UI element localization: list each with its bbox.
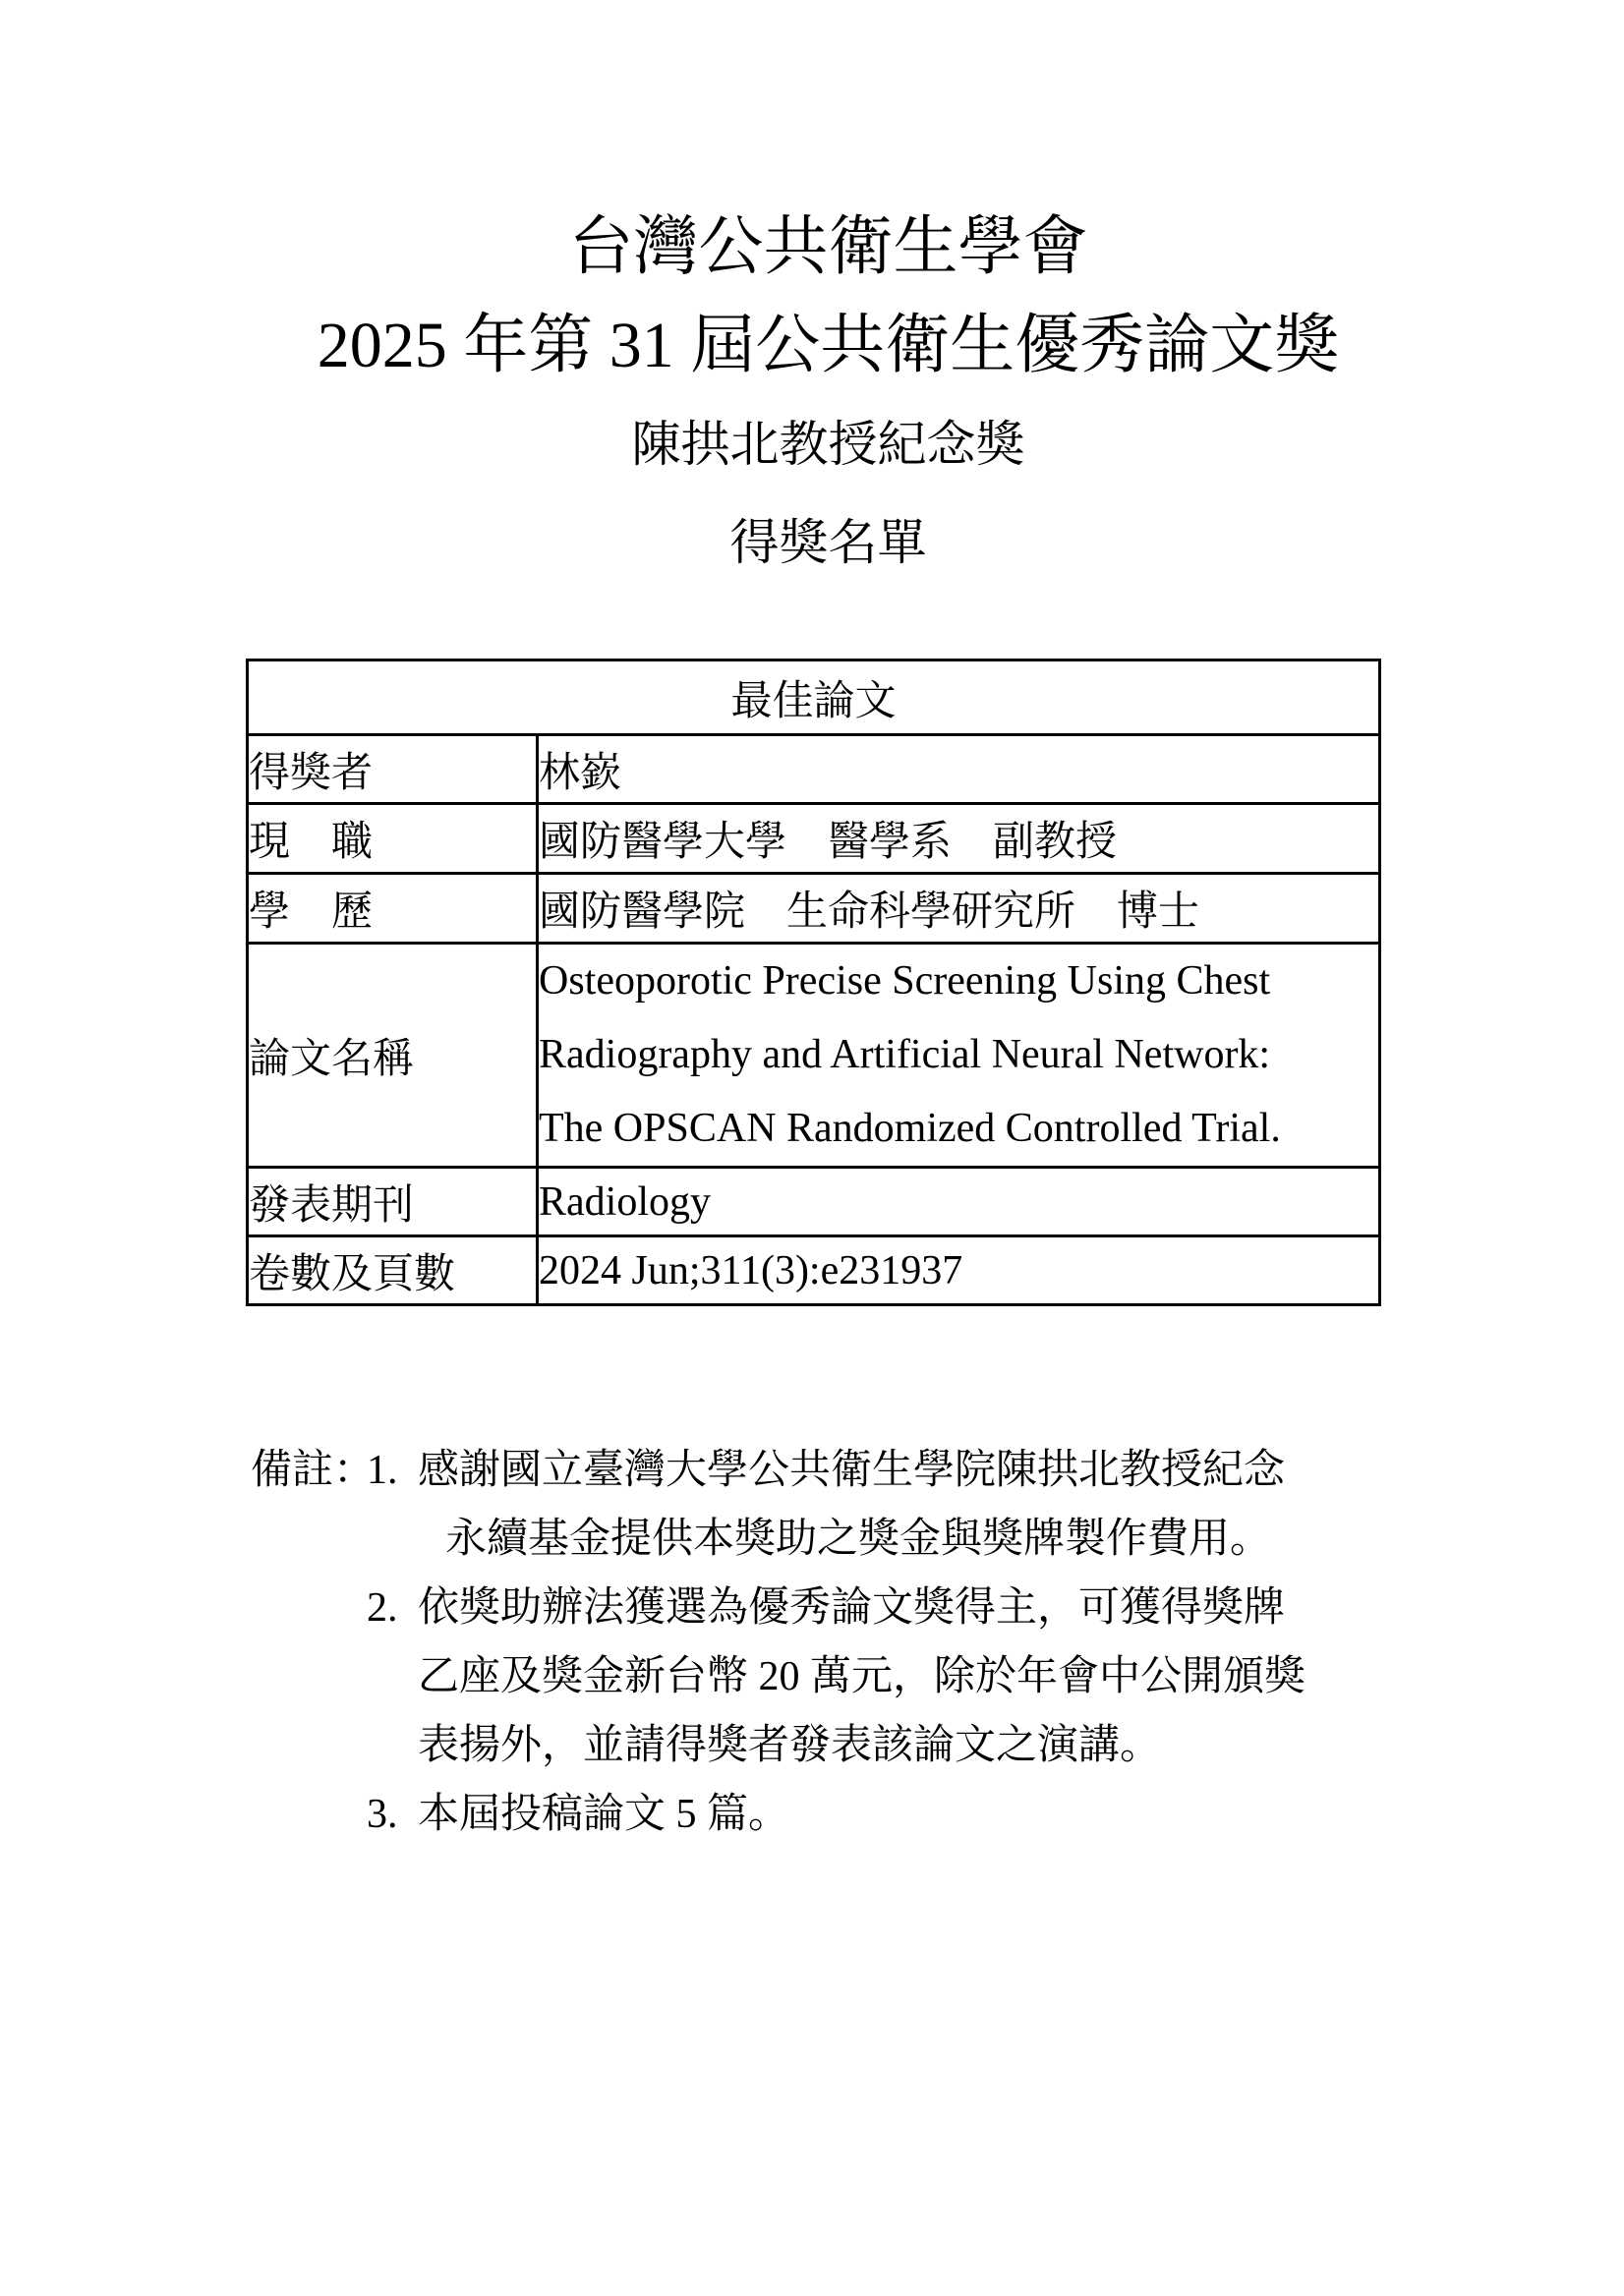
note-line: 表揚外，並請得獎者發表該論文之演講。 [418,1711,1416,1780]
table-header-row: 最佳論文 [248,660,1380,735]
note-number: 1. [367,1436,418,1574]
row-label: 發表期刊 [248,1168,538,1236]
award-title: 2025 年第 31 屆公共衛生優秀論文獎 [246,297,1411,395]
row-value: 國防醫學院 生命科學研究所 博士 [538,874,1380,944]
note-item-funding: 1. 感謝國立臺灣大學公共衛生學院陳拱北教授紀念 永續基金提供本獎助之獎金與獎牌… [367,1436,1416,1574]
note-line: 乙座及獎金新台幣 20 萬元，除於年會中公開頒獎 [418,1642,1416,1711]
row-label: 現 職 [248,804,538,874]
title-block: 台灣公共衛生學會 2025 年第 31 屆公共衛生優秀論文獎 陳拱北教授紀念獎 … [246,199,1411,592]
row-value: Radiology [538,1168,1380,1236]
table-row-current-position: 現 職 國防醫學大學 醫學系 副教授 [248,804,1380,874]
notes-label: 備註： [251,1436,367,1849]
table-row-paper-title: 論文名稱 Osteoporotic Precise Screening Usin… [248,944,1380,1168]
best-paper-header: 最佳論文 [248,660,1380,735]
table-row-education: 學 歷 國防醫學院 生命科學研究所 博士 [248,874,1380,944]
org-title: 台灣公共衛生學會 [246,199,1411,297]
winner-list-title: 得獎名單 [246,493,1411,592]
award-table: 最佳論文 得獎者 林嶔 現 職 國防醫學大學 醫學系 副教授 學 歷 國防醫學院… [246,659,1381,1306]
note-line: 感謝國立臺灣大學公共衛生學院陳拱北教授紀念 [418,1436,1416,1505]
note-line: 永續基金提供本獎助之獎金與獎牌製作費用。 [418,1505,1416,1574]
table-row-journal: 發表期刊 Radiology [248,1168,1380,1236]
row-value: 林嶔 [538,735,1380,804]
table-row-winner: 得獎者 林嶔 [248,735,1380,804]
document-page: 台灣公共衛生學會 2025 年第 31 屆公共衛生優秀論文獎 陳拱北教授紀念獎 … [0,0,1624,2296]
note-number: 2. [367,1574,418,1780]
notes-section: 備註： 1. 感謝國立臺灣大學公共衛生學院陳拱北教授紀念 永續基金提供本獎助之獎… [251,1436,1416,1849]
row-value: 國防醫學大學 醫學系 副教授 [538,804,1380,874]
row-value: 2024 Jun;311(3):e231937 [538,1236,1380,1305]
row-value: Osteoporotic Precise Screening Using Che… [538,944,1380,1168]
row-label: 得獎者 [248,735,538,804]
note-number: 3. [367,1780,418,1849]
row-label: 論文名稱 [248,944,538,1168]
note-item-prize: 2. 依獎助辦法獲選為優秀論文獎得主，可獲得獎牌 乙座及獎金新台幣 20 萬元，… [367,1574,1416,1780]
notes-list: 1. 感謝國立臺灣大學公共衛生學院陳拱北教授紀念 永續基金提供本獎助之獎金與獎牌… [367,1436,1416,1849]
row-label: 卷數及頁數 [248,1236,538,1305]
note-line: 依獎助辦法獲選為優秀論文獎得主，可獲得獎牌 [418,1574,1416,1642]
note-line: 本屆投稿論文 5 篇。 [418,1780,1416,1849]
table-row-volume-pages: 卷數及頁數 2024 Jun;311(3):e231937 [248,1236,1380,1305]
memorial-award-title: 陳拱北教授紀念獎 [246,395,1411,493]
note-item-submissions: 3. 本屆投稿論文 5 篇。 [367,1780,1416,1849]
row-label: 學 歷 [248,874,538,944]
